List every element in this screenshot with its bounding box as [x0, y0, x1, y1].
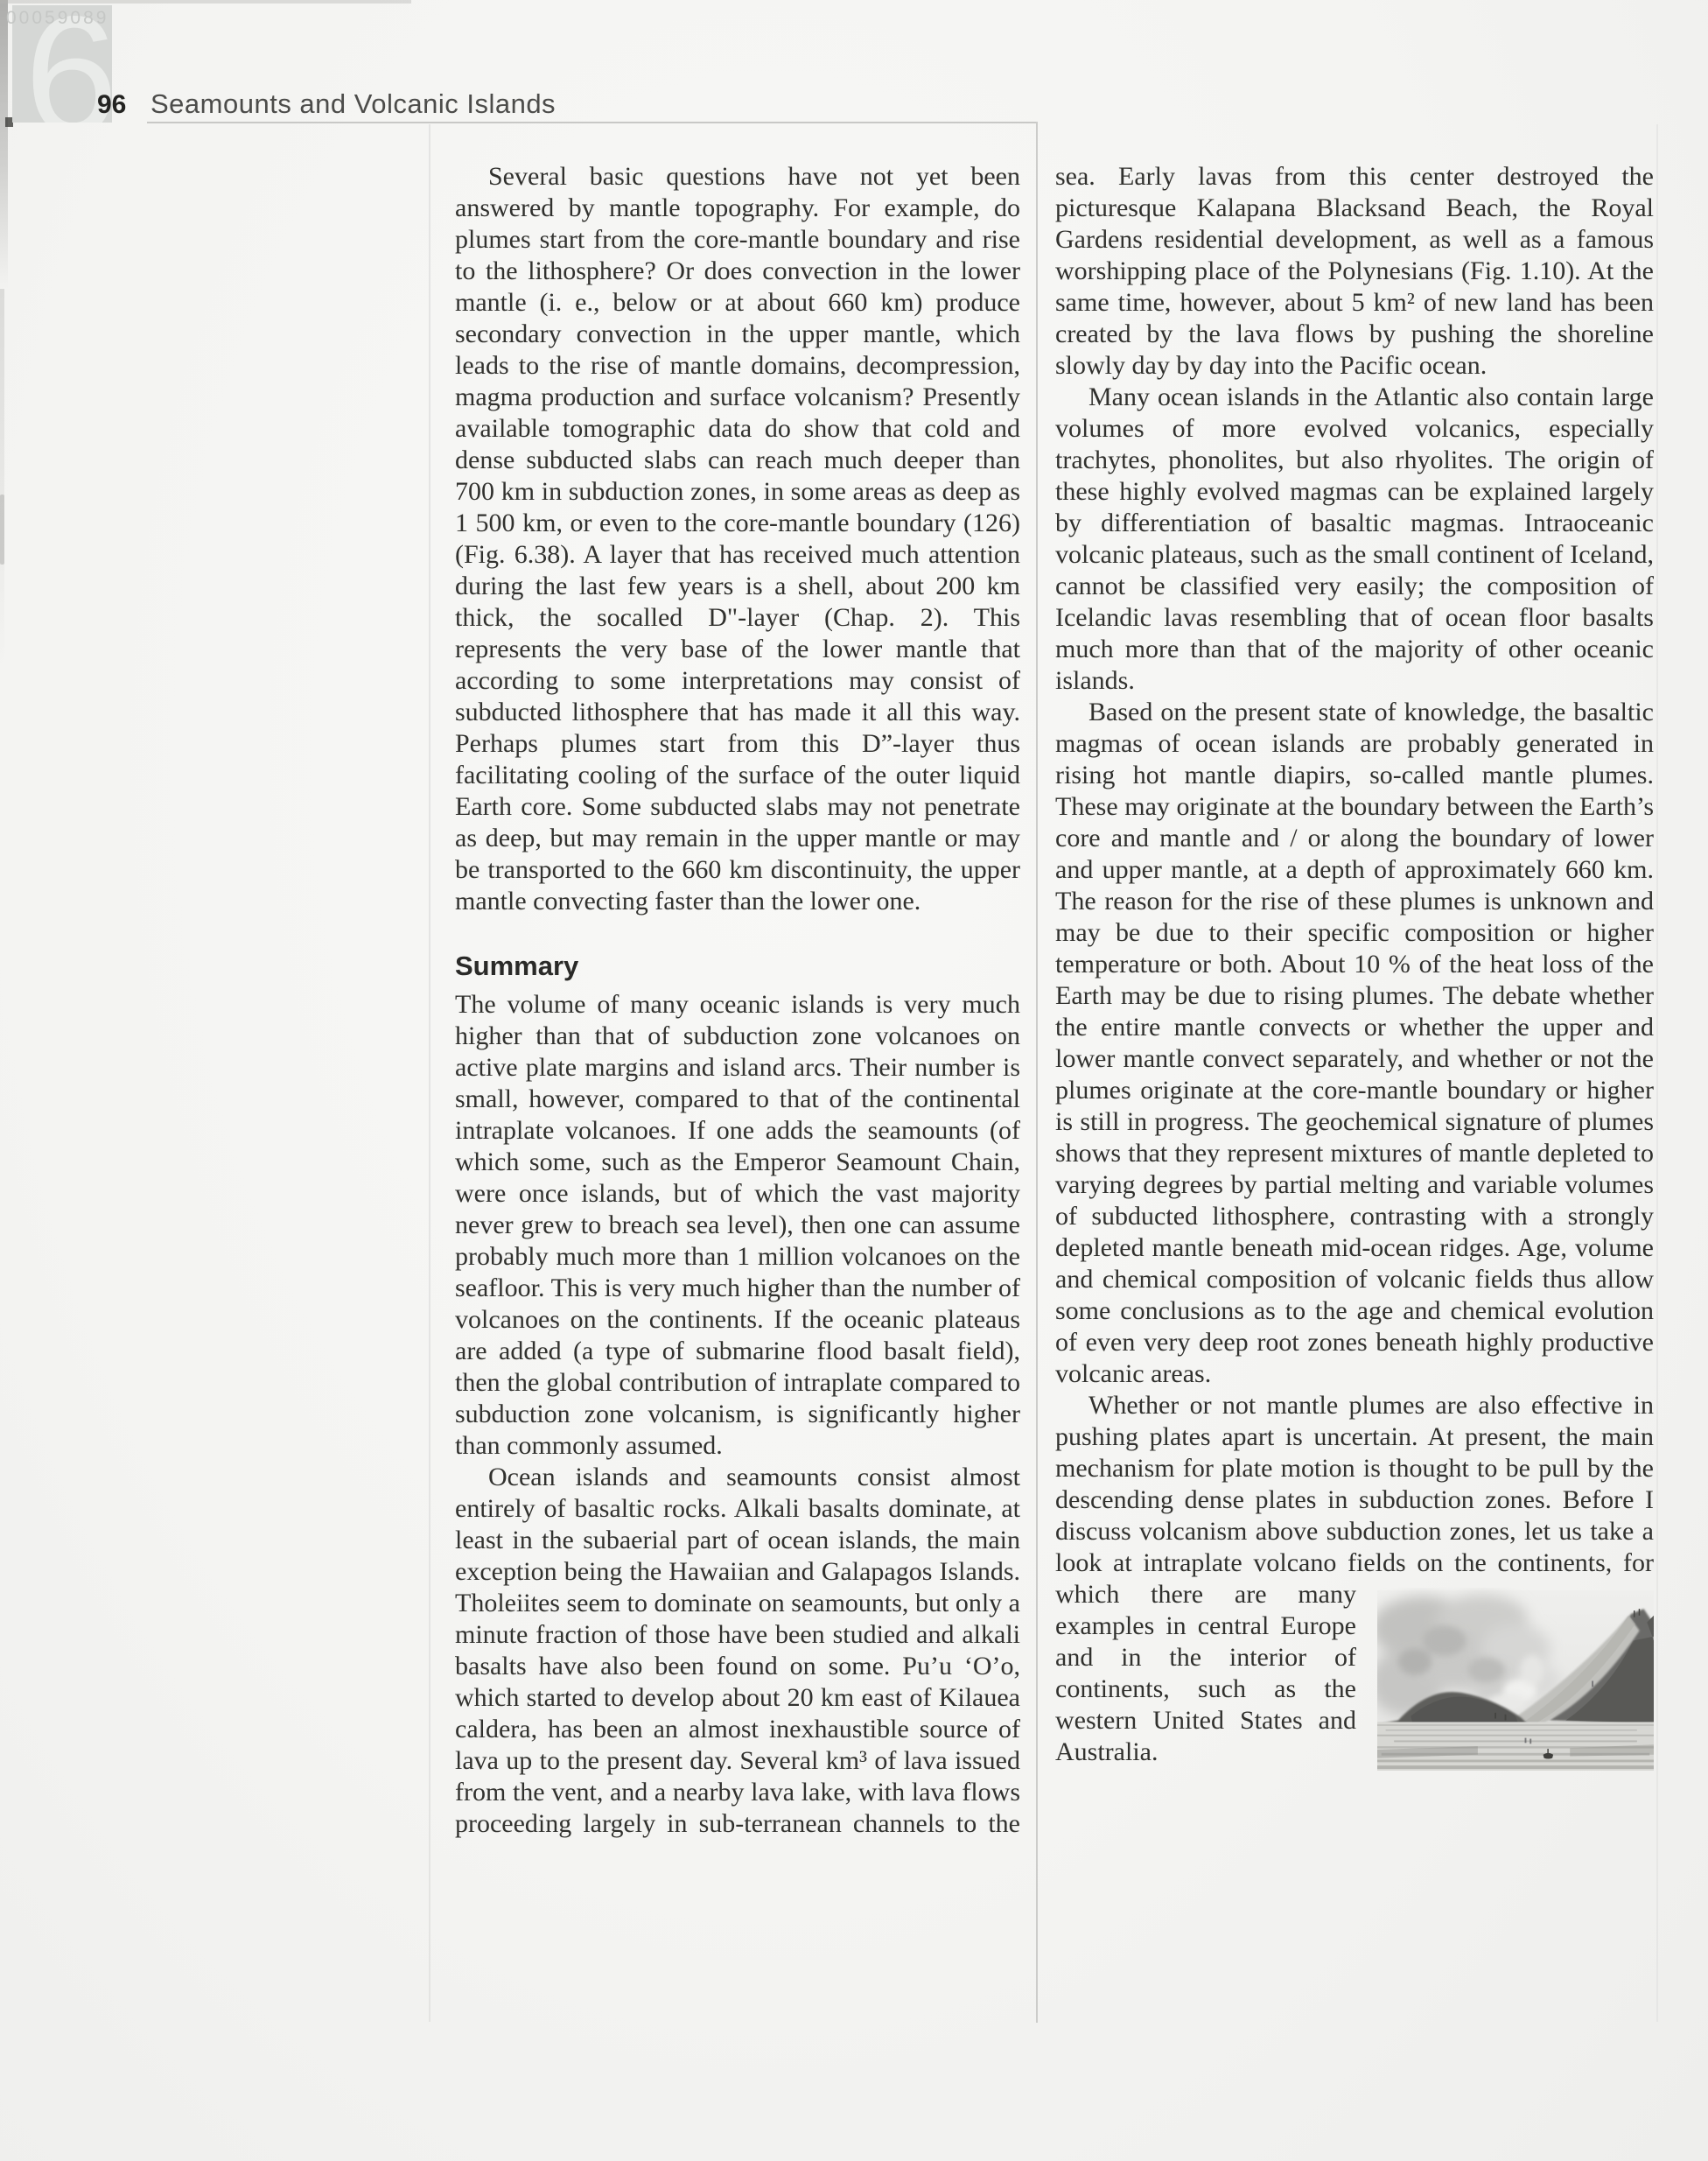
paragraph-mantle-questions: Several basic questions have not yet bee… — [455, 161, 1020, 917]
scan-edge-artifact — [429, 124, 430, 2022]
running-title: Seamounts and Volcanic Islands — [150, 88, 556, 120]
text-image-wrap-row: which there are many examples in central… — [1055, 1579, 1654, 1778]
figure-container — [1377, 1588, 1654, 1778]
paragraph-volume-oceanic-islands: The volume of many oceanic islands is ve… — [455, 989, 1020, 1462]
paragraph-plate-motion: Whether or not mantle plumes are also ef… — [1055, 1390, 1654, 1579]
summary-heading: Summary — [455, 951, 1020, 982]
left-text-column: Several basic questions have not yet bee… — [455, 161, 1020, 1840]
scan-stamp-number: 00059089 — [6, 8, 108, 29]
header-rule — [147, 122, 1036, 123]
paragraph-ocean-islands-basalts: Ocean islands and seamounts consist almo… — [455, 1462, 1020, 1840]
volcano-eruption-engraving — [1377, 1588, 1654, 1778]
paragraph-plate-motion-continued: which there are many examples in central… — [1055, 1579, 1356, 1768]
scan-edge-artifact — [0, 289, 4, 665]
paragraph-atlantic-islands: Many ocean islands in the Atlantic also … — [1055, 382, 1654, 697]
scan-edge-artifact — [0, 0, 8, 289]
scanned-book-page: 6 00059089 96 Seamounts and Volcanic Isl… — [0, 0, 1708, 2161]
volcano-engraving-image — [1377, 1588, 1654, 1773]
column-divider-rule — [1036, 122, 1038, 2023]
scan-edge-artifact — [1656, 124, 1658, 2022]
paragraph-sea-early-lavas: sea. Early lavas from this center destro… — [1055, 161, 1654, 382]
scan-edge-artifact — [0, 0, 411, 4]
right-text-column: sea. Early lavas from this center destro… — [1055, 161, 1654, 1778]
scan-edge-artifact — [0, 495, 4, 565]
page-number: 96 — [97, 90, 126, 120]
paragraph-mantle-plumes-origin: Based on the present state of knowledge,… — [1055, 697, 1654, 1390]
